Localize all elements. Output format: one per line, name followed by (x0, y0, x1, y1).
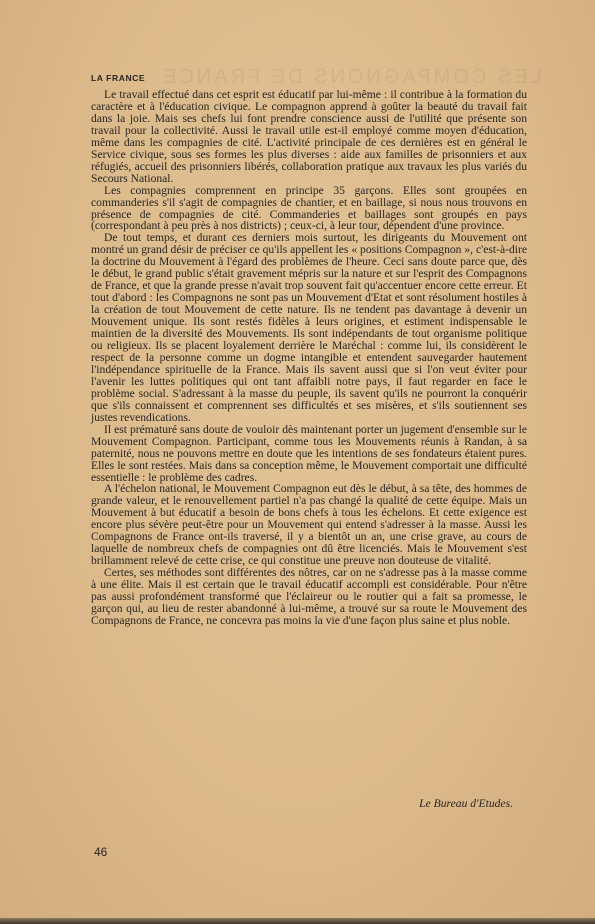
page-number: 46 (94, 845, 107, 859)
paragraph-4: Il est prématuré sans doute de vouloir d… (91, 424, 527, 484)
show-through-text: LES COMPAGNONS DE FRANCE (160, 66, 542, 89)
scanned-page: LES COMPAGNONS DE FRANCE LA FRANCE Le tr… (0, 0, 595, 918)
article-body: Le travail effectué dans cet esprit est … (91, 89, 527, 627)
paragraph-2: Les compagnies comprennent en principe 3… (91, 185, 527, 233)
scan-bottom-edge (0, 918, 595, 924)
paragraph-6: Certes, ses méthodes sont différentes de… (91, 567, 527, 627)
signature: Le Bureau d'Etudes. (419, 797, 513, 810)
paragraph-1: Le travail effectué dans cet esprit est … (91, 89, 527, 185)
paragraph-3: De tout temps, et durant ces derniers mo… (91, 232, 527, 423)
paragraph-5: A l'échelon national, le Mouvement Compa… (91, 483, 527, 567)
running-head: LA FRANCE (91, 73, 145, 83)
